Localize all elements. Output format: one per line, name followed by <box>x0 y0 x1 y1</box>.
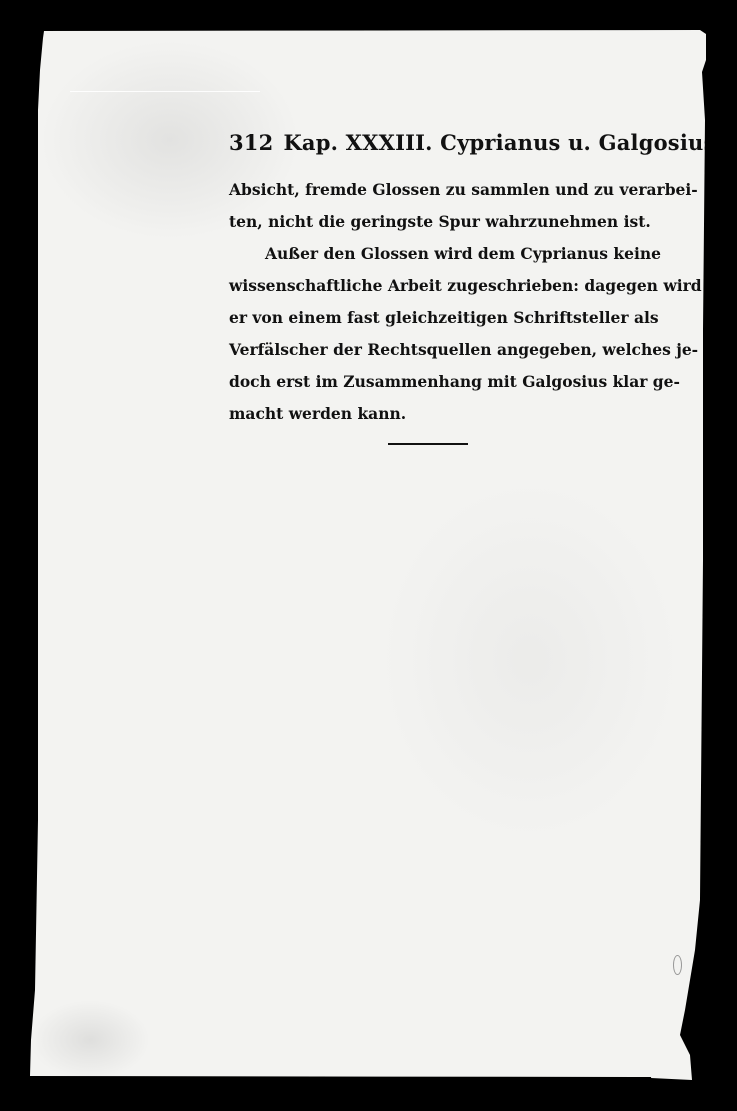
chapter-title: Kap. XXXIII. Cyprianus u. Galgosius. <box>283 128 723 158</box>
text-line: er von einem fast gleichzeitigen Schrift… <box>229 302 641 334</box>
paper-stain <box>30 1000 150 1080</box>
text-line: macht werden kann. <box>229 398 641 430</box>
text-line: doch erst im Zusammenhang mit Galgosius … <box>229 366 641 398</box>
text-line: ten, nicht die geringste Spur wahrzunehm… <box>229 206 641 238</box>
page-number: 312 <box>229 128 273 158</box>
text-line: Absicht, fremde Glossen zu sammlen und z… <box>229 174 641 206</box>
text-line: Verfälscher der Rechtsquellen angegeben,… <box>229 334 641 366</box>
text-line: wissenschaftliche Arbeit zugeschrieben: … <box>229 270 641 302</box>
section-separator-rule <box>388 443 468 445</box>
paper-stain <box>380 480 680 840</box>
running-head: 312 Kap. XXXIII. Cyprianus u. Galgosius. <box>229 128 641 158</box>
paper-fold-line <box>70 91 260 92</box>
paragraph-start-line: Außer den Glossen wird dem Cyprianus kei… <box>229 238 641 270</box>
text-block: 312 Kap. XXXIII. Cyprianus u. Galgosius.… <box>229 128 641 430</box>
scanned-page: 312 Kap. XXXIII. Cyprianus u. Galgosius.… <box>0 0 737 1111</box>
margin-pencil-mark <box>673 955 682 975</box>
